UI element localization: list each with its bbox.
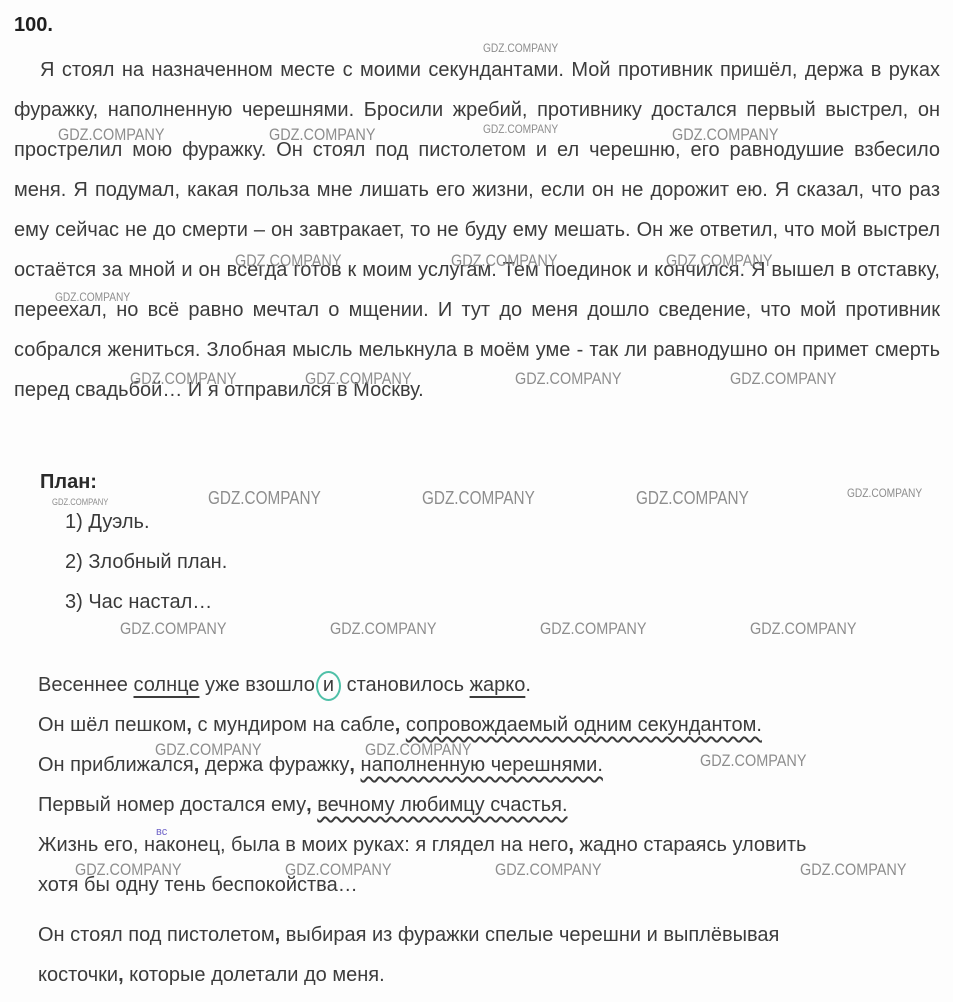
watermark: GDZ.COMPANY [483, 42, 558, 54]
watermark: GDZ.COMPANY [58, 126, 165, 143]
underlined-subject: солнце [133, 674, 199, 696]
plan-item-1: 1) Дуэль. [40, 502, 227, 542]
text-segment: Он стоял под пистолетом [38, 924, 275, 946]
watermark: GDZ.COMPANY [800, 861, 907, 878]
text-segment: становилось [341, 674, 470, 696]
watermark: GDZ.COMPANY [483, 123, 558, 135]
watermark: GDZ.COMPANY [130, 370, 237, 387]
intro-word: вснаконец [144, 834, 220, 856]
plan-title: План: [40, 462, 227, 502]
watermark: GDZ.COMPANY [666, 252, 773, 269]
sentence-6-line-1: Он стоял под пистолетом, выбирая из фура… [38, 915, 950, 955]
watermark: GDZ.COMPANY [451, 252, 558, 269]
watermark: GDZ.COMPANY [672, 126, 779, 143]
sentence-6-line-2: косточки, которые долетали до меня. [38, 955, 950, 995]
watermark: GDZ.COMPANY [700, 752, 807, 769]
watermark: GDZ.COMPANY [422, 489, 535, 507]
watermark: GDZ.COMPANY [847, 487, 922, 499]
watermark: GDZ.COMPANY [365, 741, 472, 758]
watermark: GDZ.COMPANY [330, 620, 437, 637]
text-segment: с мундиром на сабле [192, 714, 395, 736]
plan-item-3: 3) Час настал… [40, 582, 227, 622]
plan-item-2: 2) Злобный план. [40, 542, 227, 582]
dashdot-gerund-phrase: косточки [38, 964, 118, 986]
watermark: GDZ.COMPANY [285, 861, 392, 878]
text-segment: Жизнь его, [38, 834, 144, 856]
watermark: GDZ.COMPANY [208, 489, 321, 507]
watermark: GDZ.COMPANY [120, 620, 227, 637]
sentence-4: Первый номер достался ему, вечному любим… [38, 785, 950, 825]
textbook-page: 100. Я стоял на назначенном месте с моим… [0, 0, 953, 1002]
watermark: GDZ.COMPANY [235, 252, 342, 269]
watermark: GDZ.COMPANY [155, 741, 262, 758]
bold-comma: , [306, 794, 312, 816]
dashdot-gerund-phrase: выбирая из фуражки спелые черешни и выпл… [286, 924, 780, 946]
text-segment: Весеннее [38, 674, 133, 696]
text-segment: . [525, 674, 531, 696]
exercise-number: 100. [14, 14, 53, 37]
circled-conjunction: и [316, 671, 341, 701]
watermark: GDZ.COMPANY [75, 861, 182, 878]
dashdot-gerund-phrase: жадно стараясь уловить [579, 834, 806, 856]
watermark: GDZ.COMPANY [269, 126, 376, 143]
watermark: GDZ.COMPANY [730, 370, 837, 387]
text-segment: Он шёл пешком [38, 714, 186, 736]
sentence-2: Он шёл пешком, с мундиром на сабле, сопр… [38, 705, 950, 745]
text-segment: уже взошло [199, 674, 314, 696]
text-segment: которые долетали до меня. [124, 964, 385, 986]
watermark: GDZ.COMPANY [636, 489, 749, 507]
plan-section: План: 1) Дуэль. 2) Злобный план. 3) Час … [40, 462, 227, 622]
wavy-participial-phrase: сопровождаемый одним секундантом. [406, 714, 762, 736]
watermark: GDZ.COMPANY [495, 861, 602, 878]
underlined-predicative: жарко [470, 674, 526, 696]
watermark: GDZ.COMPANY [55, 291, 130, 303]
watermark: GDZ.COMPANY [540, 620, 647, 637]
text-segment: , была в моих руках: я глядел на него [220, 834, 568, 856]
intro-word-label: вс [156, 827, 167, 838]
exercise-text: Я стоял на назначенном месте с моими сек… [14, 50, 940, 410]
watermark: GDZ.COMPANY [52, 498, 108, 507]
wavy-apposition: вечному любимцу счастья. [317, 794, 567, 816]
sentence-1: Весеннее солнце уже взошлои становилось … [38, 665, 950, 705]
sentence-5-line-1: Жизнь его, вснаконец, была в моих руках:… [38, 825, 950, 865]
watermark: GDZ.COMPANY [750, 620, 857, 637]
text-segment [280, 924, 286, 946]
text-segment: Первый номер достался ему [38, 794, 306, 816]
watermark: GDZ.COMPANY [515, 370, 622, 387]
annotated-sentences: Весеннее солнце уже взошлои становилось … [38, 665, 950, 995]
watermark: GDZ.COMPANY [305, 370, 412, 387]
